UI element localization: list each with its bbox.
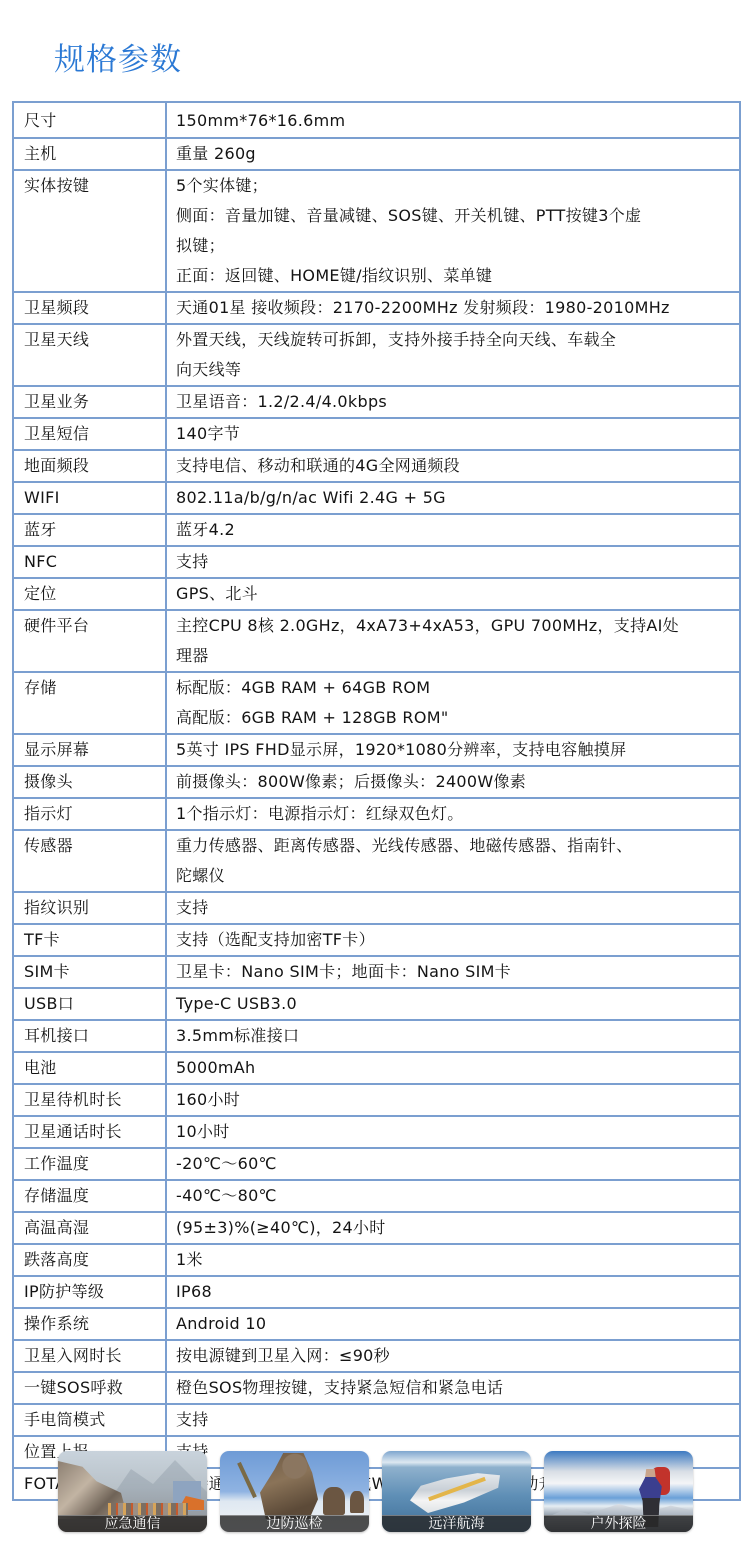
spec-value-line: 按电源键到卫星入网：≤90秒 <box>176 1341 735 1371</box>
spec-row: 工作温度-20℃～60℃ <box>13 1148 740 1180</box>
spec-value-line: 正面：返回键、HOME键/指纹识别、菜单键 <box>176 261 735 291</box>
spec-row: 蓝牙蓝牙4.2 <box>13 514 740 546</box>
spec-row: 卫星通话时长10小时 <box>13 1116 740 1148</box>
spec-value: 支持 <box>166 546 740 578</box>
spec-value: 主控CPU 8核 2.0GHz，4xA73+4xA53，GPU 700MHz，支… <box>166 610 740 672</box>
spec-value: 卫星语音：1.2/2.4/4.0kbps <box>166 386 740 418</box>
spec-value: -40℃～80℃ <box>166 1180 740 1212</box>
spec-row: 定位GPS、北斗 <box>13 578 740 610</box>
spec-value-line: 陀螺仪 <box>176 861 735 891</box>
spec-value-line: -20℃～60℃ <box>176 1149 735 1179</box>
spec-row: 卫星入网时长按电源键到卫星入网：≤90秒 <box>13 1340 740 1372</box>
spec-value-line: 天通01星 接收频段：2170-2200MHz 发射频段：1980-2010MH… <box>176 293 735 323</box>
spec-value: 3.5mm标准接口 <box>166 1020 740 1052</box>
spec-label: 卫星业务 <box>13 386 166 418</box>
spec-value: Android 10 <box>166 1308 740 1340</box>
spec-value-line: 5个实体键； <box>176 171 735 201</box>
spec-value: 1米 <box>166 1244 740 1276</box>
page-title: 规格参数 <box>54 38 182 82</box>
spec-table-body: 尺寸150mm*76*16.6mm主机重量 260g实体按键5个实体键；侧面：音… <box>13 102 740 1500</box>
spec-label: 卫星入网时长 <box>13 1340 166 1372</box>
spec-label: 工作温度 <box>13 1148 166 1180</box>
spec-value-line: 支持 <box>176 893 735 923</box>
spec-value: 前摄像头：800W像素；后摄像头：2400W像素 <box>166 766 740 798</box>
spec-value: 支持 <box>166 1404 740 1436</box>
spec-value: 5英寸 IPS FHD显示屏，1920*1080分辨率，支持电容触摸屏 <box>166 734 740 766</box>
spec-row: 耳机接口3.5mm标准接口 <box>13 1020 740 1052</box>
spec-value-line: 160小时 <box>176 1085 735 1115</box>
spec-row: 摄像头前摄像头：800W像素；后摄像头：2400W像素 <box>13 766 740 798</box>
spec-value-line: 蓝牙4.2 <box>176 515 735 545</box>
spec-value: 5000mAh <box>166 1052 740 1084</box>
spec-value-line: 重量 260g <box>176 139 735 169</box>
spec-value-line: 侧面：音量加键、音量减键、SOS键、开关机键、PTT按键3个虚 <box>176 201 735 231</box>
scenario-caption: 应急通信 <box>58 1515 207 1532</box>
spec-label: 摄像头 <box>13 766 166 798</box>
spec-row: 地面频段支持电信、移动和联通的4G全网通频段 <box>13 450 740 482</box>
spec-value-line: 140字节 <box>176 419 735 449</box>
spec-label: 手电筒模式 <box>13 1404 166 1436</box>
spec-row: WIFI802.11a/b/g/n/ac Wifi 2.4G + 5G <box>13 482 740 514</box>
spec-row: 尺寸150mm*76*16.6mm <box>13 102 740 138</box>
spec-label: 卫星通话时长 <box>13 1116 166 1148</box>
spec-value: 5个实体键；侧面：音量加键、音量减键、SOS键、开关机键、PTT按键3个虚拟键；… <box>166 170 740 292</box>
spec-label: 指示灯 <box>13 798 166 830</box>
spec-label: 硬件平台 <box>13 610 166 672</box>
spec-row: 传感器重力传感器、距离传感器、光线传感器、地磁传感器、指南针、陀螺仪 <box>13 830 740 892</box>
spec-label: USB口 <box>13 988 166 1020</box>
spec-value-line: 橙色SOS物理按键，支持紧急短信和紧急电话 <box>176 1373 735 1403</box>
spec-value: (95±3)%(≥40℃)，24小时 <box>166 1212 740 1244</box>
spec-value-line: IP68 <box>176 1277 735 1307</box>
spec-value: 天通01星 接收频段：2170-2200MHz 发射频段：1980-2010MH… <box>166 292 740 324</box>
spec-value: 橙色SOS物理按键，支持紧急短信和紧急电话 <box>166 1372 740 1404</box>
spec-value-line: 理器 <box>176 641 735 671</box>
spec-row: 电池5000mAh <box>13 1052 740 1084</box>
scenario-caption: 户外探险 <box>544 1515 693 1532</box>
spec-row: NFC支持 <box>13 546 740 578</box>
spec-value-line: 5000mAh <box>176 1053 735 1083</box>
spec-label: 卫星待机时长 <box>13 1084 166 1116</box>
spec-label: 主机 <box>13 138 166 170</box>
spec-value: 140字节 <box>166 418 740 450</box>
spec-row: TF卡支持（选配支持加密TF卡） <box>13 924 740 956</box>
spec-row: 显示屏幕5英寸 IPS FHD显示屏，1920*1080分辨率，支持电容触摸屏 <box>13 734 740 766</box>
spec-value: 重量 260g <box>166 138 740 170</box>
spec-value: 支持 <box>166 892 740 924</box>
spec-label: SIM卡 <box>13 956 166 988</box>
spec-value-line: 10小时 <box>176 1117 735 1147</box>
spec-value-line: 支持电信、移动和联通的4G全网通频段 <box>176 451 735 481</box>
spec-row: 存储温度-40℃～80℃ <box>13 1180 740 1212</box>
spec-row: 卫星业务卫星语音：1.2/2.4/4.0kbps <box>13 386 740 418</box>
spec-row: 硬件平台主控CPU 8核 2.0GHz，4xA73+4xA53，GPU 700M… <box>13 610 740 672</box>
spec-value-line: 拟键； <box>176 231 735 261</box>
spec-value: -20℃～60℃ <box>166 1148 740 1180</box>
spec-label: 电池 <box>13 1052 166 1084</box>
spec-value-line: 重力传感器、距离传感器、光线传感器、地磁传感器、指南针、 <box>176 831 735 861</box>
scenario-card-emergency: 应急通信 <box>58 1451 207 1532</box>
spec-label: 一键SOS呼救 <box>13 1372 166 1404</box>
scenario-card-border-patrol: 边防巡检 <box>220 1451 369 1532</box>
spec-label: 卫星天线 <box>13 324 166 386</box>
spec-row: IP防护等级IP68 <box>13 1276 740 1308</box>
spec-label: NFC <box>13 546 166 578</box>
spec-value: 卫星卡：Nano SIM卡；地面卡：Nano SIM卡 <box>166 956 740 988</box>
spec-row: 操作系统Android 10 <box>13 1308 740 1340</box>
spec-value-line: 外置天线，天线旋转可拆卸，支持外接手持全向天线、车载全 <box>176 325 735 355</box>
spec-row: SIM卡卫星卡：Nano SIM卡；地面卡：Nano SIM卡 <box>13 956 740 988</box>
spec-label: 蓝牙 <box>13 514 166 546</box>
spec-value-line: 802.11a/b/g/n/ac Wifi 2.4G + 5G <box>176 483 735 513</box>
spec-value-line: 向天线等 <box>176 355 735 385</box>
spec-value: 802.11a/b/g/n/ac Wifi 2.4G + 5G <box>166 482 740 514</box>
scenario-caption: 边防巡检 <box>220 1515 369 1532</box>
spec-row: 跌落高度1米 <box>13 1244 740 1276</box>
spec-value-line: 支持（选配支持加密TF卡） <box>176 925 735 955</box>
spec-value: 160小时 <box>166 1084 740 1116</box>
spec-value-line: 支持 <box>176 1405 735 1435</box>
spec-label: WIFI <box>13 482 166 514</box>
spec-value-line: 支持 <box>176 547 735 577</box>
spec-value: 支持（选配支持加密TF卡） <box>166 924 740 956</box>
scenario-caption: 远洋航海 <box>382 1515 531 1532</box>
spec-value-line: (95±3)%(≥40℃)，24小时 <box>176 1213 735 1243</box>
spec-value-line: Android 10 <box>176 1309 735 1339</box>
spec-row: 卫星天线外置天线，天线旋转可拆卸，支持外接手持全向天线、车载全向天线等 <box>13 324 740 386</box>
spec-label: 实体按键 <box>13 170 166 292</box>
spec-row: 存储标配版：4GB RAM + 64GB ROM高配版：6GB RAM + 12… <box>13 672 740 734</box>
spec-label: 耳机接口 <box>13 1020 166 1052</box>
spec-value: 支持电信、移动和联通的4G全网通频段 <box>166 450 740 482</box>
spec-row: 主机重量 260g <box>13 138 740 170</box>
spec-label: 指纹识别 <box>13 892 166 924</box>
spec-row: 卫星待机时长160小时 <box>13 1084 740 1116</box>
spec-value-line: 卫星语音：1.2/2.4/4.0kbps <box>176 387 735 417</box>
spec-value-line: 150mm*76*16.6mm <box>176 105 735 137</box>
spec-row: 实体按键5个实体键；侧面：音量加键、音量减键、SOS键、开关机键、PTT按键3个… <box>13 170 740 292</box>
spec-value-line: 高配版：6GB RAM + 128GB ROM" <box>176 703 735 733</box>
spec-value-line: 3.5mm标准接口 <box>176 1021 735 1051</box>
spec-label: 传感器 <box>13 830 166 892</box>
spec-value: 1个指示灯：电源指示灯：红绿双色灯。 <box>166 798 740 830</box>
spec-label: 地面频段 <box>13 450 166 482</box>
spec-table: 尺寸150mm*76*16.6mm主机重量 260g实体按键5个实体键；侧面：音… <box>12 101 741 1501</box>
spec-label: 操作系统 <box>13 1308 166 1340</box>
spec-value-line: 主控CPU 8核 2.0GHz，4xA73+4xA53，GPU 700MHz，支… <box>176 611 735 641</box>
spec-value: GPS、北斗 <box>166 578 740 610</box>
spec-value-line: -40℃～80℃ <box>176 1181 735 1211</box>
spec-label: TF卡 <box>13 924 166 956</box>
spec-row: 手电筒模式支持 <box>13 1404 740 1436</box>
spec-row: 卫星频段天通01星 接收频段：2170-2200MHz 发射频段：1980-20… <box>13 292 740 324</box>
spec-label: 跌落高度 <box>13 1244 166 1276</box>
spec-row: 一键SOS呼救橙色SOS物理按键，支持紧急短信和紧急电话 <box>13 1372 740 1404</box>
spec-row: 高温高湿(95±3)%(≥40℃)，24小时 <box>13 1212 740 1244</box>
spec-label: IP防护等级 <box>13 1276 166 1308</box>
spec-value: 重力传感器、距离传感器、光线传感器、地磁传感器、指南针、陀螺仪 <box>166 830 740 892</box>
spec-row: 卫星短信140字节 <box>13 418 740 450</box>
spec-value-line: 前摄像头：800W像素；后摄像头：2400W像素 <box>176 767 735 797</box>
scenario-card-ocean: 远洋航海 <box>382 1451 531 1532</box>
spec-label: 高温高湿 <box>13 1212 166 1244</box>
spec-row: 指纹识别支持 <box>13 892 740 924</box>
spec-value-line: 标配版：4GB RAM + 64GB ROM <box>176 673 735 703</box>
spec-value: 150mm*76*16.6mm <box>166 102 740 138</box>
scenario-card-outdoor: 户外探险 <box>544 1451 693 1532</box>
spec-value-line: 卫星卡：Nano SIM卡；地面卡：Nano SIM卡 <box>176 957 735 987</box>
spec-value: 10小时 <box>166 1116 740 1148</box>
spec-value: 按电源键到卫星入网：≤90秒 <box>166 1340 740 1372</box>
spec-value: 标配版：4GB RAM + 64GB ROM高配版：6GB RAM + 128G… <box>166 672 740 734</box>
spec-value: Type-C USB3.0 <box>166 988 740 1020</box>
spec-row: 指示灯1个指示灯：电源指示灯：红绿双色灯。 <box>13 798 740 830</box>
spec-label: 卫星短信 <box>13 418 166 450</box>
spec-value-line: 1个指示灯：电源指示灯：红绿双色灯。 <box>176 799 735 829</box>
spec-label: 存储温度 <box>13 1180 166 1212</box>
spec-value: IP68 <box>166 1276 740 1308</box>
spec-label: 显示屏幕 <box>13 734 166 766</box>
spec-row: USB口Type-C USB3.0 <box>13 988 740 1020</box>
application-scenarios: 应急通信 边防巡检 远洋航海 户外探险 <box>58 1451 698 1533</box>
spec-value-line: GPS、北斗 <box>176 579 735 609</box>
spec-label: 定位 <box>13 578 166 610</box>
spec-label: 尺寸 <box>13 102 166 138</box>
spec-value-line: 1米 <box>176 1245 735 1275</box>
spec-label: 卫星频段 <box>13 292 166 324</box>
spec-value-line: 5英寸 IPS FHD显示屏，1920*1080分辨率，支持电容触摸屏 <box>176 735 735 765</box>
spec-value: 外置天线，天线旋转可拆卸，支持外接手持全向天线、车载全向天线等 <box>166 324 740 386</box>
spec-value: 蓝牙4.2 <box>166 514 740 546</box>
spec-value-line: Type-C USB3.0 <box>176 989 735 1019</box>
spec-label: 存储 <box>13 672 166 734</box>
